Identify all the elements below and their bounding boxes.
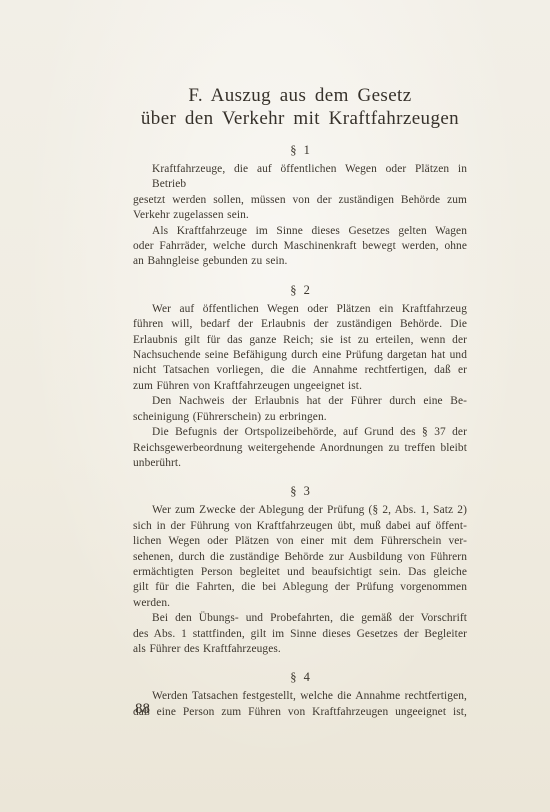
title-line-2: über den Verkehr mit Kraftfahrzeugen xyxy=(133,107,467,130)
text-line: Verkehr zugelassen sein. xyxy=(133,208,467,223)
text-line: Wer auf öffentlichen Wegen oder Plätzen … xyxy=(133,302,467,317)
text-line: Reichsgewerbeordnung weitergehende Anord… xyxy=(133,441,467,456)
text-line: scheinigung (Führerschein) zu erbringen. xyxy=(133,410,467,425)
text-line: werden. xyxy=(133,596,467,611)
section-heading: § 4 xyxy=(133,670,467,685)
text-line: Die Befugnis der Ortspolizeibehörde, auf… xyxy=(133,425,467,440)
text-line: Als Kraftfahrzeuge im Sinne dieses Geset… xyxy=(133,224,467,239)
text-line: ermächtigten Person begleitet und beaufs… xyxy=(133,565,467,580)
text-line: lichen Wegen oder Plätzen von einer mit … xyxy=(133,534,467,549)
section-heading: § 1 xyxy=(133,143,467,158)
text-line: Den Nachweis der Erlaubnis hat der Führe… xyxy=(133,394,467,409)
page-number: 88 xyxy=(135,701,150,718)
text-line: sehenen, durch die zuständige Behörde zu… xyxy=(133,550,467,565)
section-paragraph-2: § 2 Wer auf öffentlichen Wegen oder Plät… xyxy=(133,283,467,471)
text-line: Werden Tatsachen festgestellt, welche di… xyxy=(133,689,467,704)
text-line: unberührt. xyxy=(133,456,467,471)
text-line: zum Führen von Kraftfahrzeugen ungeeigne… xyxy=(133,379,467,394)
paragraph: Wer zum Zwecke der Ablegung der Prüfung … xyxy=(133,503,467,611)
text-line: des Abs. 1 stattfinden, gilt im Sinne di… xyxy=(133,627,467,642)
paragraph: Bei den Übungs- und Probefahrten, die ge… xyxy=(133,611,467,657)
scanned-book-page: F. Auszug aus dem Gesetz über den Verkeh… xyxy=(0,0,550,812)
section-heading: § 3 xyxy=(133,484,467,499)
text-line: sich in der Führung von Kraftfahrzeugen … xyxy=(133,519,467,534)
text-line: führen will, bedarf der Erlaubnis der zu… xyxy=(133,317,467,332)
text-line: als Führer des Kraftfahrzeuges. xyxy=(133,642,467,657)
text-line: gilt für die Fahrten, die bei Ablegung d… xyxy=(133,580,467,595)
page-title: F. Auszug aus dem Gesetz über den Verkeh… xyxy=(133,84,467,130)
text-line: gesetzt werden sollen, müssen von der zu… xyxy=(133,193,467,208)
paragraph: Als Kraftfahrzeuge im Sinne dieses Geset… xyxy=(133,224,467,270)
text-line: oder Fahrräder, welche durch Maschinenkr… xyxy=(133,239,467,254)
text-line: Wer zum Zwecke der Ablegung der Prüfung … xyxy=(133,503,467,518)
paragraph: Wer auf öffentlichen Wegen oder Plätzen … xyxy=(133,302,467,394)
paragraph: Die Befugnis der Ortspolizeibehörde, auf… xyxy=(133,425,467,471)
paragraph: Den Nachweis der Erlaubnis hat der Führe… xyxy=(133,394,467,425)
section-heading: § 2 xyxy=(133,283,467,298)
paragraph: Werden Tatsachen festgestellt, welche di… xyxy=(133,689,467,720)
text-line: Kraftfahrzeuge, die auf öffentlichen Weg… xyxy=(133,162,467,193)
section-paragraph-1: § 1 Kraftfahrzeuge, die auf öffentlichen… xyxy=(133,143,467,270)
text-line: daß eine Person zum Führen von Kraftfahr… xyxy=(133,705,467,720)
title-line-1: F. Auszug aus dem Gesetz xyxy=(133,84,467,107)
text-line: Erlaubnis gilt für das ganze Reich; sie … xyxy=(133,333,467,348)
text-line: Bei den Übungs- und Probefahrten, die ge… xyxy=(133,611,467,626)
section-paragraph-4: § 4 Werden Tatsachen festgestellt, welch… xyxy=(133,670,467,720)
text-line: an Bahngleise gebunden zu sein. xyxy=(133,254,467,269)
text-line: nicht Tatsachen vorliegen, die die Annah… xyxy=(133,363,467,378)
paragraph: Kraftfahrzeuge, die auf öffentlichen Weg… xyxy=(133,162,467,224)
text-line: Nachsuchende seine Befähigung durch eine… xyxy=(133,348,467,363)
text-column: F. Auszug aus dem Gesetz über den Verkeh… xyxy=(133,84,467,720)
section-paragraph-3: § 3 Wer zum Zwecke der Ablegung der Prüf… xyxy=(133,484,467,657)
